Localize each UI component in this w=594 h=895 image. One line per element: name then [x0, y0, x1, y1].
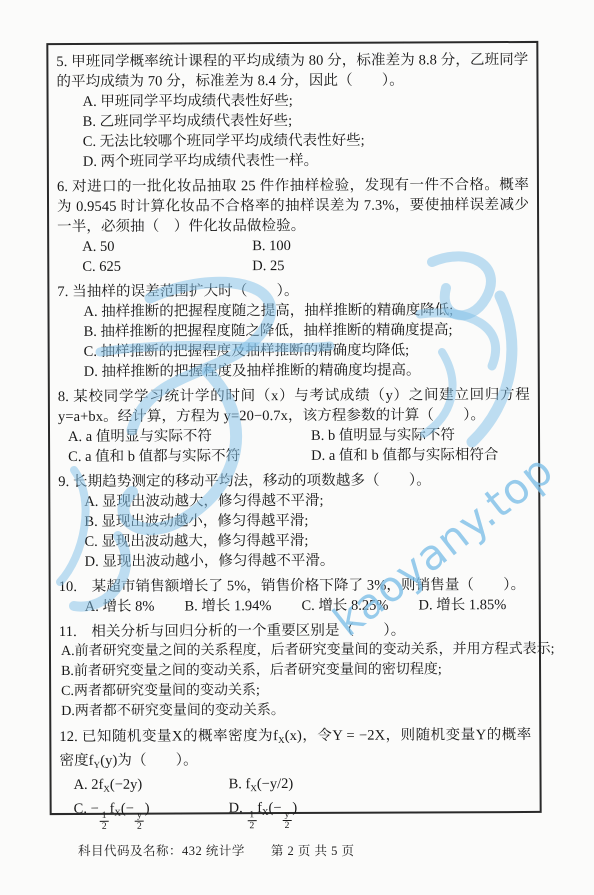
fraction: y2 [135, 811, 144, 833]
option-D: D. 12fX(−y2) [229, 797, 532, 832]
option-C: C.两者都研究变量间的变动关系; [61, 680, 531, 702]
question-8: 8. 某校同学学习统计学的时间（x）与考试成绩（y）之间建立回归方程 y=a+b… [58, 385, 530, 467]
fraction-numerator: y [135, 811, 144, 822]
option-A: A. 甲班同学平均成绩代表性好些; [83, 90, 529, 112]
question-stem: 5. 甲班同学概率统计课程的平均成绩为 80 分，标准差为 8.8 分，乙班同学… [56, 50, 528, 92]
question-stem: 12. 已知随机变量X的概率密度为fX(x)，令Y = −2X，则随机变量Y的概… [59, 725, 531, 775]
subscript: X [114, 807, 121, 817]
option-D: D. a 值和 b 值都与实际相符合 [311, 445, 530, 466]
option-A: A. 50 [82, 236, 252, 257]
option-A: A. a 值明显与实际不符 [68, 426, 311, 447]
option-D: D. 两个班同学平均成绩代表性一样。 [83, 150, 529, 172]
option-A: A. 2fX(−2y) [74, 774, 229, 799]
subscript: X [262, 807, 269, 817]
subscript: X [103, 783, 110, 793]
question-5: 5. 甲班同学概率统计课程的平均成绩为 80 分，标准差为 8.8 分，乙班同学… [56, 50, 529, 172]
question-options: A.前者研究变量之间的关系程度，后者研究变量间的变动关系，并用方程式表示;B.前… [59, 640, 531, 722]
question-6: 6. 对进口的一批化妆品抽取 25 件作抽样检验，发现有一件不合格。概率为 0.… [57, 175, 529, 277]
question-7: 7. 当抽样的误差范围扩大时（ ）。A. 抽样推断的把握程度随之提高，抽样推断的… [57, 280, 529, 382]
question-options: A. a 值明显与实际不符B. b 值明显与实际不符C. a 值和 b 值都与实… [58, 425, 530, 467]
page-number-label: 第 2 页 共 5 页 [271, 841, 355, 859]
question-stem: 11. 相关分析与回归分析的一个重要区别是（ ）。 [59, 620, 531, 642]
question-stem: 9. 长期趋势测定的移动平均法，移动的项数越多（ ）。 [58, 470, 530, 492]
question-options: A. 增长 8%B. 增长 1.94%C. 增长 8.25%D. 增长 1.85… [59, 595, 531, 617]
option-C: C. 显现出波动越大，修匀得越平滑; [84, 530, 530, 552]
option-B: B. 增长 1.94% [184, 596, 271, 616]
option-B: B. 显现出波动越小，修匀得越平滑; [84, 510, 530, 532]
question-10: 10. 某超市销售额增长了 5%，销售价格下降了 3%，则销售量（ ）。A. 增… [59, 575, 531, 617]
option-D: D.两者都不研究变量间的变动关系。 [61, 700, 531, 722]
option-A: A. 显现出波动越大，修匀得越不平滑; [84, 490, 530, 512]
option-D: D. 25 [252, 255, 529, 276]
option-C: C. 625 [82, 256, 252, 277]
question-stem: 10. 某超市销售额增长了 5%，销售价格下降了 3%，则销售量（ ）。 [59, 575, 531, 597]
option-B: B. 抽样推断的把握程度随之降低，抽样推断的精确度提高; [84, 320, 530, 342]
questions: 5. 甲班同学概率统计课程的平均成绩为 80 分，标准差为 8.8 分，乙班同学… [56, 50, 531, 832]
question-options: A. 显现出波动越大，修匀得越不平滑;B. 显现出波动越小，修匀得越平滑;C. … [58, 490, 530, 572]
option-C: C. −12fX(−y2) [74, 798, 229, 832]
question-12: 12. 已知随机变量X的概率密度为fX(x)，令Y = −2X，则随机变量Y的概… [59, 725, 531, 832]
option-C: C. 无法比较哪个班同学平均成绩代表性好些; [83, 130, 529, 152]
fraction-numerator: y [283, 810, 292, 821]
question-11: 11. 相关分析与回归分析的一个重要区别是（ ）。A.前者研究变量之间的关系程度… [59, 620, 531, 722]
fraction-numerator: 1 [247, 810, 256, 821]
option-A: A.前者研究变量之间的关系程度，后者研究变量间的变动关系，并用方程式表示; [61, 640, 531, 662]
subscript: X [278, 735, 285, 745]
question-options: A. 抽样推断的把握程度随之提高，抽样推断的精确度降低;B. 抽样推断的把握程度… [57, 300, 529, 382]
option-B: B. b 值明显与实际不符 [311, 425, 530, 446]
option-A: A. 抽样推断的把握程度随之提高，抽样推断的精确度降低; [83, 300, 529, 322]
option-D: D. 抽样推断的把握程度及抽样推断的精确度均提高。 [84, 360, 530, 382]
fraction: 12 [247, 810, 256, 832]
exam-page-frame: 5. 甲班同学概率统计课程的平均成绩为 80 分，标准差为 8.8 分，乙班同学… [46, 41, 541, 815]
option-C: C. 抽样推断的把握程度及抽样推断的精确度均降低; [84, 340, 530, 362]
option-B: B. fX(−y/2) [229, 773, 532, 798]
subject-code-label: 科目代码及名称：432 统计学 [78, 841, 245, 859]
option-B: B. 乙班同学平均成绩代表性好些; [83, 110, 529, 132]
option-D: D. 增长 1.85% [418, 595, 506, 615]
fraction-numerator: 1 [100, 811, 109, 822]
question-options: A. 2fX(−2y)B. fX(−y/2)C. −12fX(−y2)D. 12… [60, 773, 532, 833]
fraction-denominator: 2 [102, 822, 107, 833]
option-A: A. 增长 8% [85, 597, 155, 617]
question-9: 9. 长期趋势测定的移动平均法，移动的项数越多（ ）。A. 显现出波动越大，修匀… [58, 470, 530, 572]
question-stem: 6. 对进口的一批化妆品抽取 25 件作抽样检验，发现有一件不合格。概率为 0.… [57, 175, 529, 237]
question-options: A. 甲班同学平均成绩代表性好些;B. 乙班同学平均成绩代表性好些;C. 无法比… [57, 90, 529, 172]
option-C: C. a 值和 b 值都与实际不符 [68, 446, 311, 467]
fraction-denominator: 2 [249, 821, 254, 832]
option-D: D. 显现出波动越小，修匀得越不平滑。 [85, 550, 531, 572]
fraction: y2 [283, 810, 292, 832]
option-B: B. 100 [252, 235, 529, 256]
option-C: C. 增长 8.25% [301, 596, 388, 616]
fraction-denominator: 2 [137, 822, 142, 833]
option-B: B.前者研究变量之间的变动关系，后者研究变量间的密切程度; [61, 660, 531, 682]
question-stem: 7. 当抽样的误差范围扩大时（ ）。 [57, 280, 529, 302]
subscript: Y [94, 760, 101, 770]
subscript: X [250, 783, 257, 793]
page-footer: 科目代码及名称：432 统计学 第 2 页 共 5 页 [78, 841, 355, 859]
question-options: A. 50B. 100C. 625D. 25 [57, 235, 529, 277]
fraction-denominator: 2 [285, 821, 290, 832]
fraction: 12 [100, 811, 109, 833]
question-stem: 8. 某校同学学习统计学的时间（x）与考试成绩（y）之间建立回归方程 y=a+b… [58, 385, 530, 427]
